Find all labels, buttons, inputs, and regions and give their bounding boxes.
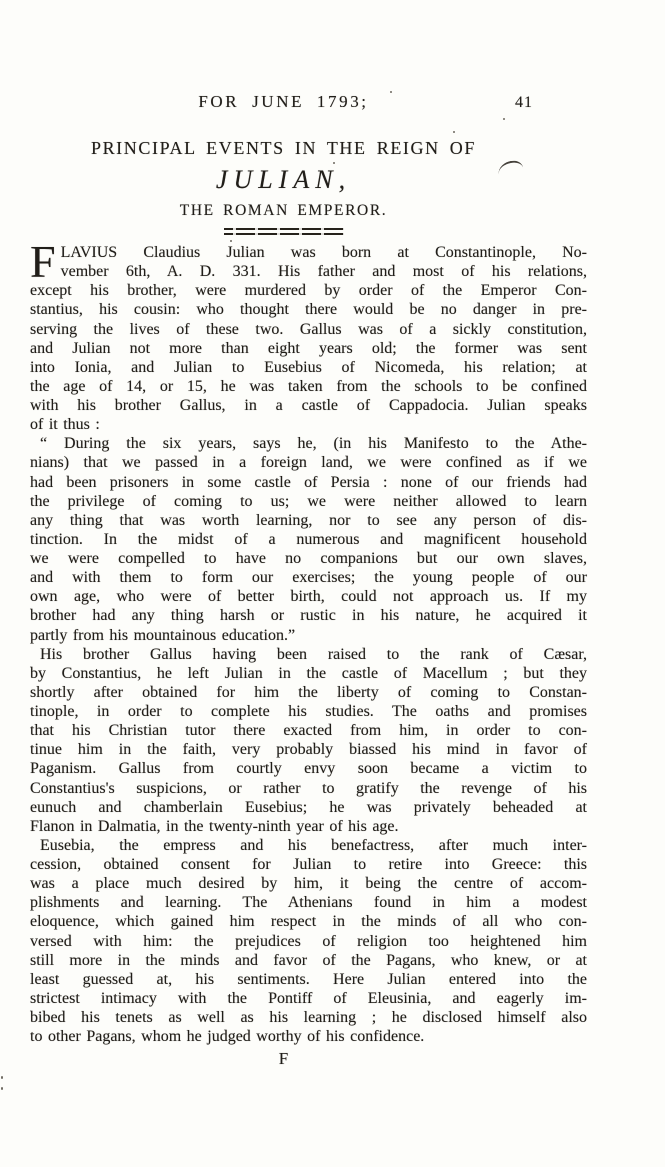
text-line: “ During the six years, says he, (in his… [30, 434, 587, 453]
text-line: cession, obtained consent for Julian to … [30, 855, 587, 874]
text-line: the privilege of coming to us; we were n… [30, 492, 587, 511]
text-line: and with them to form our exercises; the… [30, 568, 587, 587]
ink-speck [333, 162, 335, 164]
text-line: shortly after obtained for him the liber… [30, 683, 587, 702]
paragraph: Eusebia, the empress and his benefactres… [30, 836, 587, 1046]
page-number: 41 [515, 94, 533, 112]
text-line: with his brother Gallus, in a castle of … [30, 396, 587, 415]
text-line: and Julian not more than eight years old… [30, 339, 587, 358]
text-line: LAVIUS Claudius Julian was born at Const… [30, 243, 587, 262]
signature-mark: F [30, 1049, 587, 1068]
ink-speck [390, 91, 392, 93]
text-line: tinction. In the midst of a numerous and… [30, 530, 587, 549]
text-line: that his Christian tutor there exacted f… [30, 721, 587, 740]
text-line: brother had any thing harsh or rustic in… [30, 606, 587, 625]
text-line: stantius, his cousin: who thought there … [30, 300, 587, 319]
text-line: versed with him: the prejudices of relig… [30, 932, 587, 951]
paragraph: His brother Gallus having been raised to… [30, 645, 587, 836]
text-line: serving the lives of these two. Gallus w… [30, 320, 587, 339]
text-line: the age of 14, or 15, he was taken from … [30, 377, 587, 396]
text-line: plishments and learning. The Athenians f… [30, 893, 587, 912]
ink-speck [453, 131, 455, 133]
ink-speck [1, 1076, 3, 1079]
text-line: eloquence, which gained him respect in t… [30, 912, 587, 931]
title-name: JULIAN, [5, 165, 562, 195]
text-line: any thing that was worth learning, nor t… [30, 511, 587, 530]
text-line: was a place much desired by him, it bein… [30, 874, 587, 893]
article-title-block: PRINCIPAL EVENTS IN THE REIGN OF JULIAN,… [5, 138, 562, 235]
text-line: Paganism. Gallus from courtly envy soon … [30, 759, 587, 778]
title-rule-ornament [224, 228, 344, 235]
text-line: still more in the minds and favor of the… [30, 951, 587, 970]
text-line: least guessed at, his sentiments. Here J… [30, 970, 587, 989]
text-line: nians) that we passed in a foreign land,… [30, 453, 587, 472]
text-line: tinue him in the faith, very probably bi… [30, 740, 587, 759]
text-line: except his brother, were murdered by ord… [30, 281, 587, 300]
text-line: Flanon in Dalmatia, in the twenty-ninth … [30, 817, 587, 836]
text-line: we were compelled to have no companions … [30, 549, 587, 568]
text-line: His brother Gallus having been raised to… [30, 645, 587, 664]
ink-speck [1, 1087, 3, 1090]
running-header: FOR JUNE 1793; [5, 92, 562, 112]
text-line: partly from his mountainous education.” [30, 626, 587, 645]
drop-cap: F [30, 243, 61, 281]
paragraph: FLAVIUS Claudius Julian was born at Cons… [30, 243, 587, 434]
text-line: of it thus : [30, 415, 587, 434]
paragraph: “ During the six years, says he, (in his… [30, 434, 587, 644]
title-subtitle: THE ROMAN EMPEROR. [5, 202, 562, 220]
text-line: vember 6th, A. D. 331. His father and mo… [30, 262, 587, 281]
text-line: had been prisoners in some castle of Per… [30, 473, 587, 492]
ink-speck [230, 240, 232, 242]
article-body: FLAVIUS Claudius Julian was born at Cons… [30, 243, 587, 1068]
title-kicker: PRINCIPAL EVENTS IN THE REIGN OF [5, 138, 562, 159]
text-line: tinople, in order to complete his studie… [30, 702, 587, 721]
ink-speck [503, 118, 505, 120]
text-line: Eusebia, the empress and his benefactres… [30, 836, 587, 855]
text-line: Constantius's suspicions, or rather to g… [30, 779, 587, 798]
scanned-page: FOR JUNE 1793; 41 PRINCIPAL EVENTS IN TH… [0, 0, 665, 1167]
text-line: own age, who were of better birth, could… [30, 587, 587, 606]
text-line: to other Pagans, whom he judged worthy o… [30, 1027, 587, 1046]
text-line: eunuch and chamberlain Eusebius; he was … [30, 798, 587, 817]
text-line: into Ionia, and Julian to Eusebius of Ni… [30, 358, 587, 377]
running-title: FOR JUNE 1793; [198, 92, 368, 111]
text-line: strictest intimacy with the Pontiff of E… [30, 989, 587, 1008]
text-line: bibed his tenets as well as his learning… [30, 1008, 587, 1027]
text-line: by Constantius, he left Julian in the ca… [30, 664, 587, 683]
